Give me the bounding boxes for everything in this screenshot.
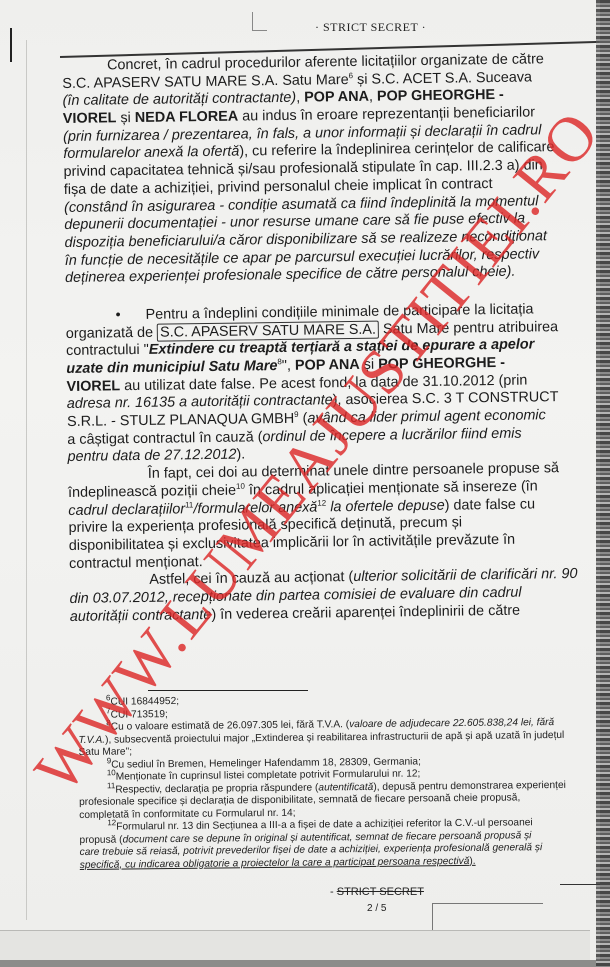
scan-mark bbox=[10, 28, 12, 62]
body-text: Concret, în cadrul procedurilor aferente… bbox=[62, 50, 600, 626]
margin-line bbox=[26, 40, 27, 920]
classification-header: · STRICT SECRET · bbox=[315, 20, 426, 35]
footnote-separator bbox=[148, 690, 308, 691]
underlying-sheet bbox=[0, 930, 590, 960]
footer-rule bbox=[560, 884, 600, 885]
scan-edge bbox=[596, 0, 610, 967]
classification-footer: - STRICT SECRET bbox=[330, 886, 424, 898]
footnotes: 6CUI 16844952; 7CUI 713519; 8Cu o valoar… bbox=[78, 691, 600, 872]
bullet-icon: • bbox=[65, 307, 145, 326]
page-number: 2 / 5 bbox=[367, 903, 386, 914]
document-page: · STRICT SECRET · Concret, în cadrul pro… bbox=[0, 0, 600, 960]
highlight-box: S.C. APASERV SATU MARE S.A. bbox=[157, 320, 379, 341]
corner-mark bbox=[252, 12, 267, 31]
